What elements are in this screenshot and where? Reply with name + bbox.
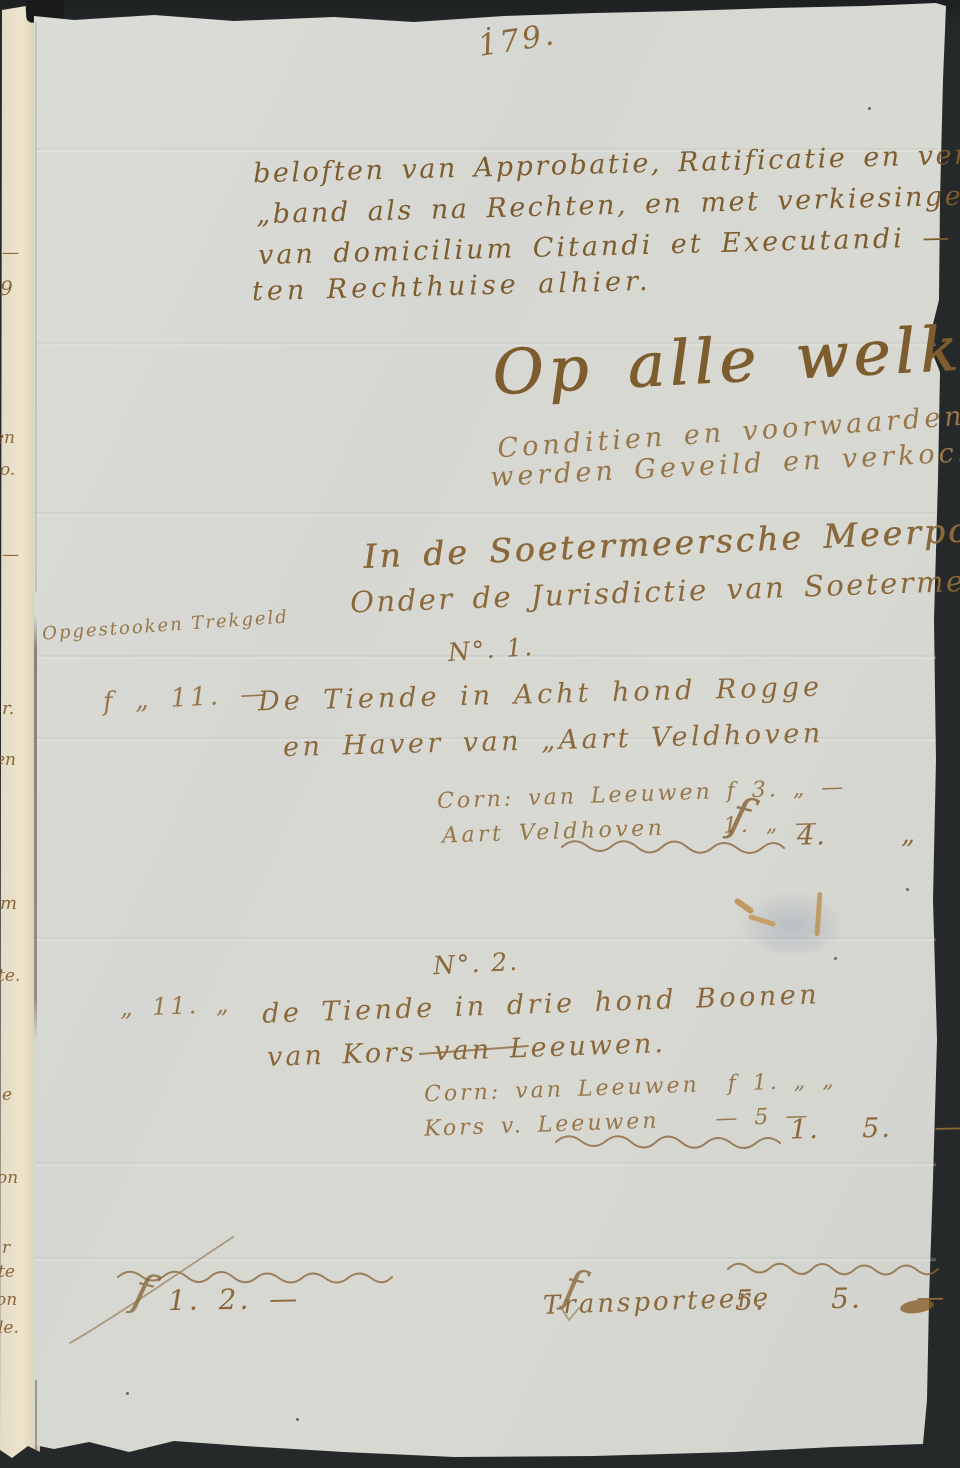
lot1-total: 4. „ —	[797, 818, 960, 851]
edge-fragment: en	[0, 750, 16, 770]
paper-speck	[868, 107, 871, 110]
lot2-margin-amount: „ 11. „	[120, 991, 232, 1021]
fold-crease	[36, 1257, 936, 1261]
edge-fragment: te.	[0, 966, 20, 986]
paper-speck	[906, 888, 909, 891]
lot2-total: 1. 5. —	[790, 1112, 960, 1145]
edge-fragment: on	[0, 1168, 18, 1188]
lot2-number: N°. 2.	[432, 948, 519, 980]
footer-left-total: 1. 2. —	[168, 1284, 301, 1317]
page-edge-shadow	[35, 22, 37, 592]
manuscript-scan: — 9 en o. — r. en m te. e on r te on le.…	[0, 0, 960, 1468]
edge-fragment: r	[2, 1238, 10, 1258]
edge-fragment: en	[0, 428, 15, 448]
fold-crease	[36, 512, 936, 516]
transport-total: 5. 5. —	[735, 1282, 947, 1316]
edge-fragment: 9	[0, 276, 13, 300]
paper-speck	[834, 957, 837, 960]
fold-crease	[36, 1162, 936, 1166]
edge-fragment: te	[0, 1262, 15, 1282]
edge-fragment: m	[0, 893, 17, 914]
page-edge-shadow	[35, 1380, 37, 1452]
edge-fragment: r.	[2, 698, 14, 719]
paper-speck	[296, 1418, 299, 1421]
page-edge-shadow	[34, 615, 37, 1040]
edge-fragment: on	[0, 1290, 17, 1310]
edge-fragment: —	[2, 243, 19, 263]
edge-fragment: —	[2, 545, 19, 565]
edge-fragment: e	[2, 1085, 12, 1105]
lot1-number: N°. 1.	[447, 633, 535, 666]
edge-fragment: o.	[0, 460, 15, 480]
paper-speck	[126, 1392, 129, 1395]
ink-stain	[742, 893, 842, 953]
edge-fragment: le.	[0, 1318, 19, 1338]
